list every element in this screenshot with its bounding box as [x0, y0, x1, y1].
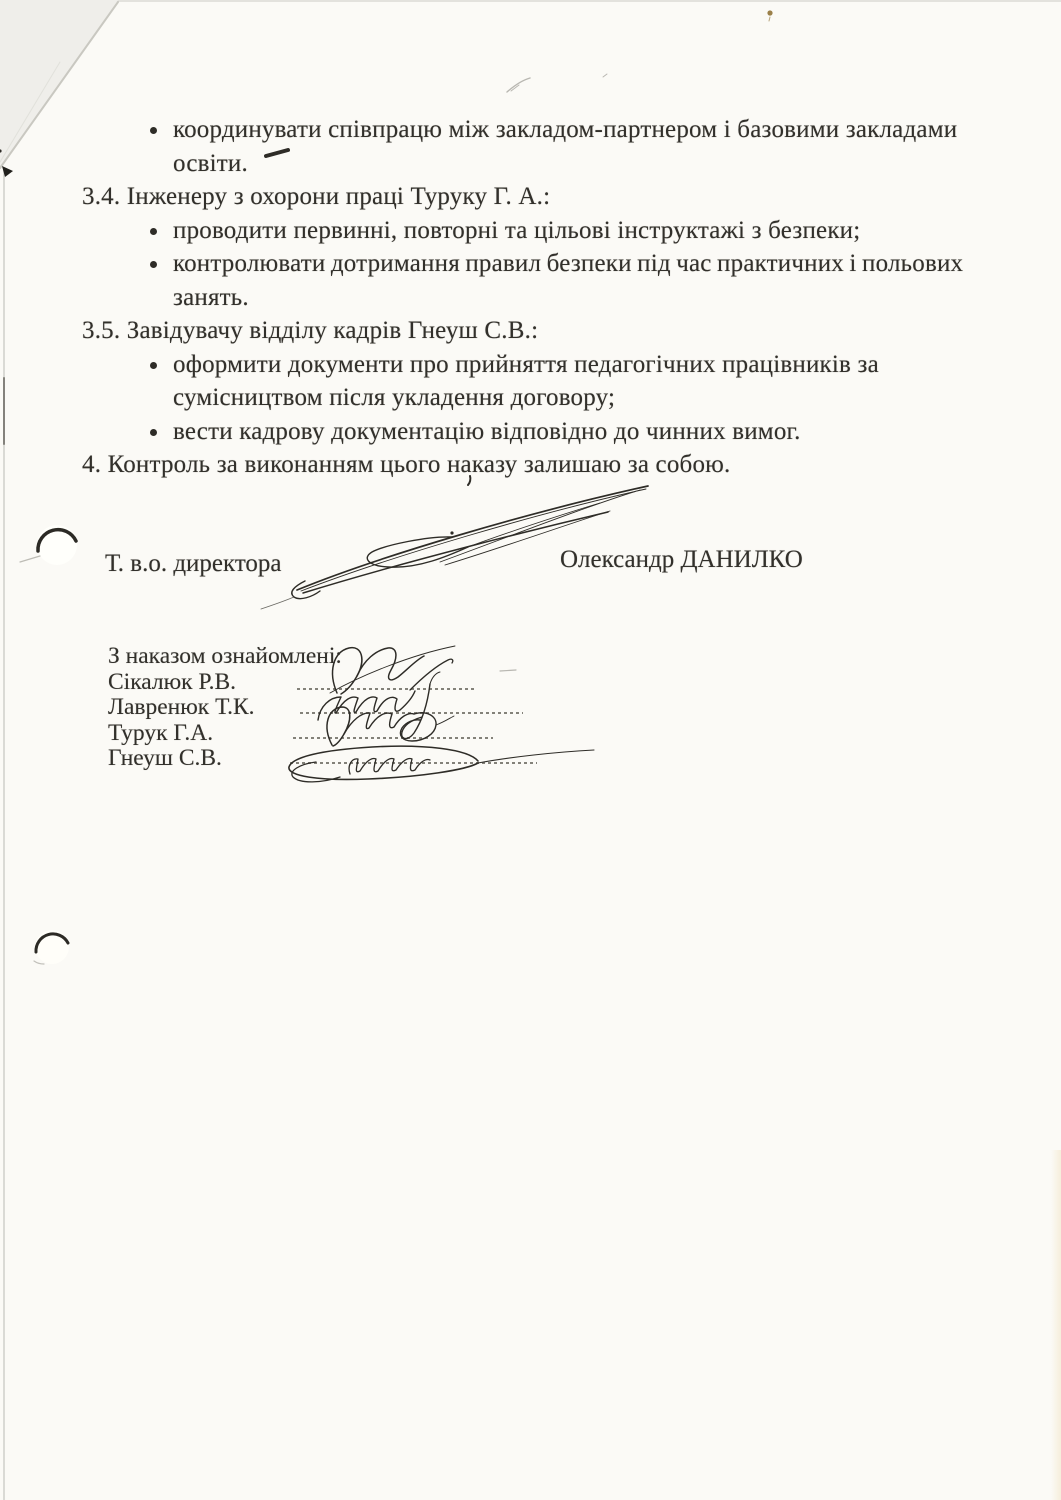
- hole-punch: [20, 525, 77, 565]
- acknowledgement-signature-1: [330, 646, 455, 694]
- comma-mark: [468, 476, 470, 485]
- handwriting-overlay: [0, 0, 1061, 1500]
- stray-dot: [468, 10, 773, 485]
- scan-left-edge: [2, 166, 13, 1500]
- acknowledgement-signature-2: [318, 672, 440, 739]
- director-signature: [261, 486, 648, 609]
- corner-fold-crease: [0, 2, 118, 168]
- acknowledgement-signature-4: [289, 746, 594, 782]
- hole-punch: [34, 930, 69, 964]
- pen-dash-mark: [0, 149, 288, 156]
- acknowledgement-signature-3: [327, 707, 454, 746]
- pencil-scribble: [500, 74, 607, 671]
- scanned-document-page: координувати співпрацю між закладом-парт…: [0, 0, 1061, 1500]
